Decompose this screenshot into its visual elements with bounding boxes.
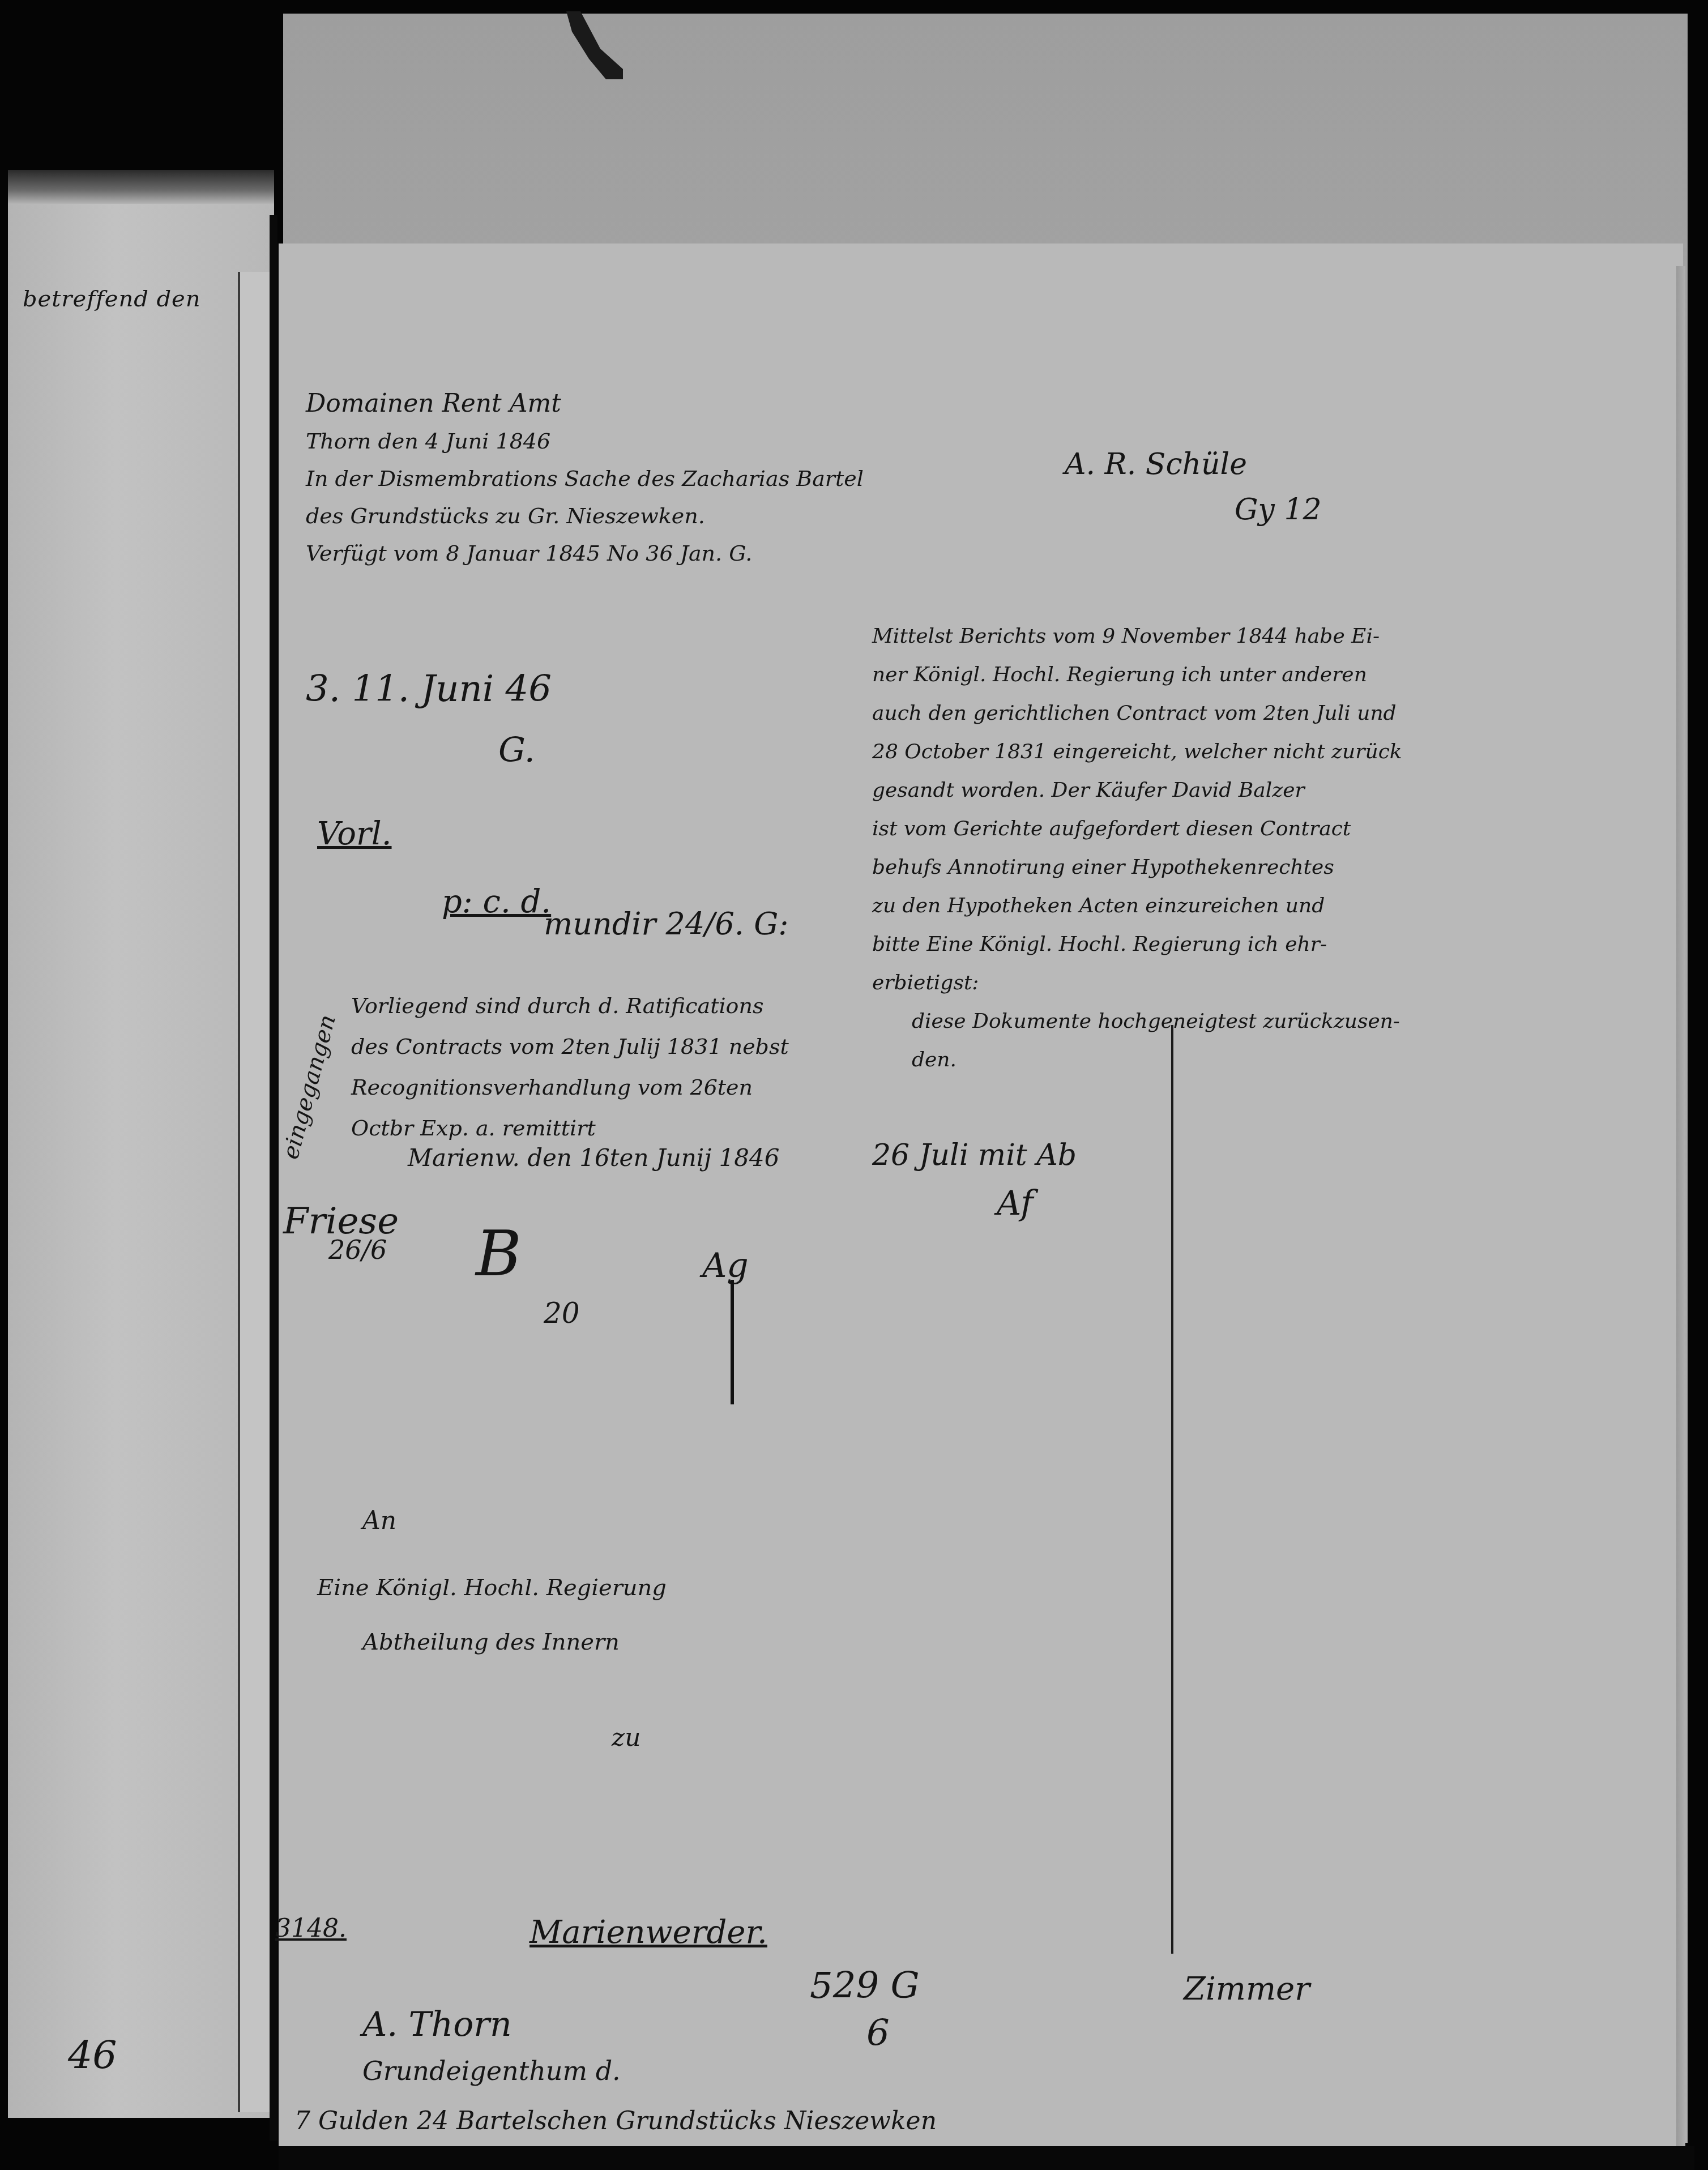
right-signature: Zimmer (1184, 1971, 1310, 2007)
body-line: auch den gerichtlichen Contract vom 2ten… (872, 694, 1523, 733)
memo-line: des Contracts vom 2ten Julij 1831 nebst (351, 1026, 789, 1067)
header-block: Domainen Rent Amt Thorn den 4 Juni 1846 … (306, 385, 864, 572)
bottom-edge (279, 2146, 1694, 2170)
header-line: Thorn den 4 Juni 1846 (306, 422, 864, 460)
body-line: gesandt worden. Der Käufer David Balzer (872, 771, 1523, 810)
header-line: Domainen Rent Amt (306, 385, 864, 422)
memo-line: Recognitionsverhandlung vom 26ten (351, 1067, 789, 1108)
address-note: A. R. Schüle Gy 12 (1065, 447, 1322, 527)
body-line: bitte Eine Königl. Hochl. Regierung ich … (872, 925, 1523, 964)
folder-label: betreffend den (23, 286, 201, 312)
margin-signature-date: 26/6 (328, 1234, 387, 1265)
address-note-name: A. R. Schüle (1065, 447, 1322, 481)
folder-number: 46 (68, 2033, 117, 2078)
initial-signature-second: Ag (702, 1246, 749, 1285)
vertical-rule (1171, 1025, 1173, 1954)
note-vorlage: Vorl. (317, 815, 392, 852)
header-line: des Grundstücks zu Gr. Nieszewken. (306, 497, 864, 535)
initial-signature: B (476, 1218, 522, 1290)
address-note-code: Gy 12 (1235, 493, 1322, 527)
body-closing-line: den. (872, 1041, 1523, 1079)
recipient-line: Eine Königl. Hochl. Regierung (317, 1575, 667, 1601)
mid-note-signature: Af (997, 1184, 1033, 1223)
recipient-block: An Eine Königl. Hochl. Regierung Abtheil… (317, 1506, 667, 1752)
header-line: In der Dismembrations Sache des Zacharia… (306, 460, 864, 497)
signature-stroke (731, 1280, 734, 1404)
sheet-fold (1676, 266, 1685, 2146)
body-line: behufs Annotirung einer Hypothekenrechte… (872, 848, 1523, 887)
footer-thorn: A. Thorn (362, 2005, 512, 2044)
page-edge-shadow (1693, 11, 1708, 2152)
recipient-line: Abtheilung des Innern (362, 1629, 667, 1655)
memo-line: Octbr Exp. a. remittirt (351, 1108, 789, 1148)
memo-block: Vorliegend sind durch d. Ratifications d… (351, 985, 789, 1148)
letter-body: Mittelst Berichts vom 9 November 1844 ha… (872, 617, 1523, 1079)
header-line: Verfügt vom 8 Januar 1845 No 36 Jan. G. (306, 535, 864, 572)
reference-number-top: 529 G (810, 1965, 920, 2007)
mid-note: 26 Juli mit Ab (872, 1138, 1077, 1172)
folder-strip (8, 170, 274, 2118)
binding-line (270, 215, 277, 2141)
note-g-mark: G. (498, 731, 535, 770)
registration-number: 3148. (275, 1914, 347, 1943)
note-pcd: p: c. d. (442, 883, 551, 920)
body-line: Mittelst Berichts vom 9 November 1844 ha… (872, 617, 1523, 656)
note-mundir: mundir 24/6. G: (544, 906, 789, 942)
body-closing-line: diese Dokumente hochgeneigtest zurückzus… (872, 1002, 1523, 1041)
body-line: zu den Hypotheken Acten einzureichen und (872, 887, 1523, 925)
reference-number: 529 G 6 (810, 1965, 920, 2054)
memo-line: Vorliegend sind durch d. Ratifications (351, 985, 789, 1026)
reference-number-bottom: 6 (866, 2013, 920, 2054)
body-line: erbietigst: (872, 964, 1523, 1002)
body-line: ner Königl. Hochl. Regierung ich unter a… (872, 656, 1523, 694)
footer-line: Grundeigenthum d. (362, 2056, 621, 2086)
initial-number: 20 (544, 1297, 580, 1330)
recipient-zu: zu (612, 1723, 667, 1752)
note-date: 3. 11. Juni 46 (306, 668, 552, 710)
footer-line: 7 Gulden 24 Bartelschen Grundstücks Nies… (294, 2107, 937, 2135)
memo-date: Marienw. den 16ten Junij 1846 (408, 1144, 779, 1172)
place-name: Marienwerder. (530, 1914, 767, 1951)
folder-strip-worn-edge (8, 170, 274, 204)
body-line: 28 October 1831 eingereicht, welcher nic… (872, 733, 1523, 771)
folder-tab (238, 272, 272, 2112)
body-line: ist vom Gerichte aufgefordert diesen Con… (872, 810, 1523, 848)
recipient-an: An (362, 1506, 667, 1535)
